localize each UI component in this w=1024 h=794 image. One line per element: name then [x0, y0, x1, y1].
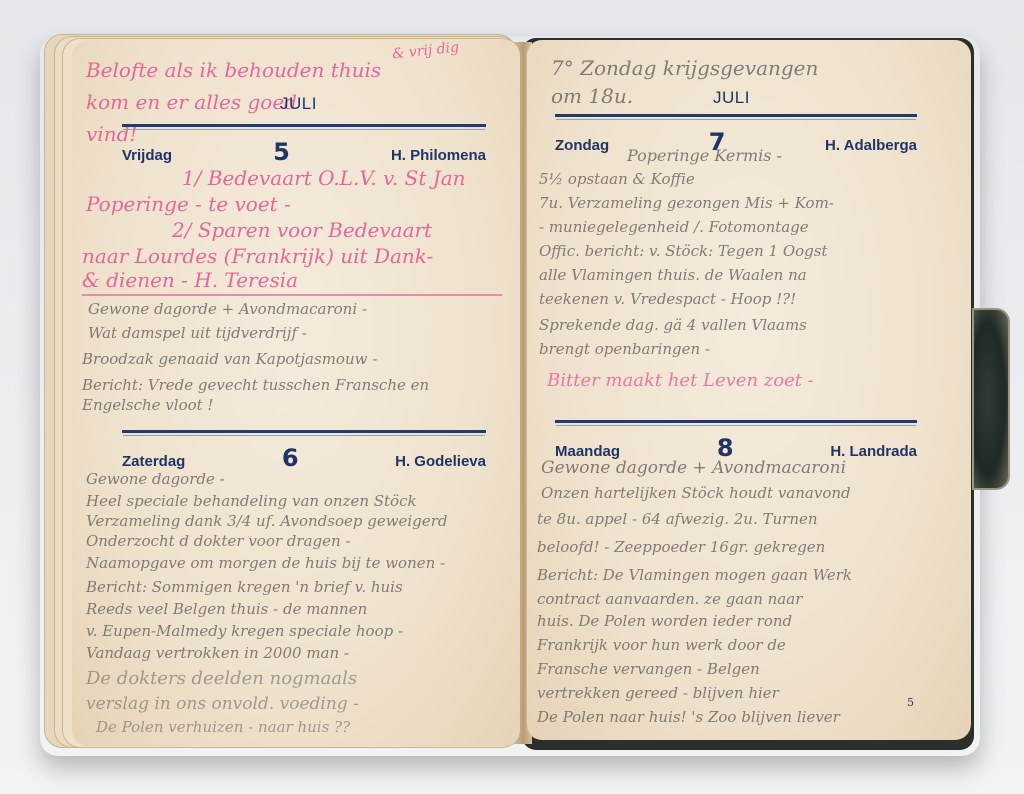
pencil-entry-line: Fransche vervangen - Belgen	[537, 662, 760, 677]
weekday-label: Zondag	[555, 137, 609, 154]
pencil-note-line: om 18u.	[551, 86, 633, 106]
weekday-label: Zaterdag	[122, 453, 185, 470]
date-number: 5	[273, 138, 290, 166]
pencil-entry-line: brengt openbaringen -	[539, 342, 710, 357]
pencil-entry-line: Naamopgave om morgen de huis bij te wone…	[86, 556, 445, 571]
pencil-entry-line: 7u. Verzameling gezongen Mis + Kom-	[539, 196, 834, 211]
pencil-entry-line: huis. De Polen worden ieder rond	[537, 614, 792, 629]
pencil-entry-line: Vandaag vertrokken in 2000 man -	[86, 646, 349, 661]
pink-entry-line: Bitter maakt het Leven zoet -	[547, 372, 814, 390]
month-heading: JULI	[280, 94, 317, 114]
pencil-entry-line: Engelsche vloot !	[82, 398, 213, 413]
header-rule	[122, 124, 486, 127]
pencil-entry-line: Heel speciale behandeling van onzen Stöc…	[86, 494, 417, 509]
pencil-note-line: 7° Zondag krijgsgevangen	[551, 58, 818, 78]
weekday-label: Vrijdag	[122, 147, 172, 164]
pencil-entry-line: Bericht: De Vlamingen mogen gaan Werk	[537, 568, 852, 583]
left-page: Belofte als ik behouden thuis & vrij dig…	[72, 40, 522, 746]
pencil-entry-line: alle Vlamingen thuis. de Waalen na	[539, 268, 807, 283]
pencil-entry-line: De dokters deelden nogmaals	[86, 670, 357, 688]
header-rule	[555, 420, 917, 423]
pencil-entry-line: Reeds veel Belgen thuis - de mannen	[86, 602, 367, 617]
pink-divider	[82, 294, 502, 296]
pencil-entry-line: Gewone dagorde + Avondmacaroni -	[88, 302, 367, 317]
header-rule	[122, 430, 486, 433]
saint-name: H. Godelieva	[395, 453, 486, 470]
pencil-entry-line: De Polen naar huis! 's Zoo blijven lieve…	[537, 710, 840, 725]
pink-entry-line: naar Lourdes (Frankrijk) uit Dank-	[82, 246, 433, 266]
pencil-entry-line: v. Eupen-Malmedy kregen speciale hoop -	[86, 624, 403, 639]
pencil-entry-line: Onderzocht d dokter voor dragen -	[86, 534, 351, 549]
pencil-entry-line: Sprekende dag. gä 4 vallen Vlaams	[539, 318, 807, 333]
pencil-entry-line: beloofd! - Zeeppoeder 16gr. gekregen	[537, 540, 825, 555]
pencil-entry-line: vertrekken gereed - blijven hier	[537, 686, 779, 701]
pencil-entry-line: verslag in ons onvold. voeding -	[86, 696, 359, 713]
day-header-friday: Vrijdag 5 H. Philomena	[122, 138, 486, 166]
day-header-saturday: Zaterdag 6 H. Godelieva	[122, 444, 486, 472]
bookmark-tab	[972, 308, 1010, 490]
pencil-entry-line: Gewone dagorde + Avondmacaroni	[541, 460, 846, 477]
pencil-entry-line: Bericht: Sommigen kregen 'n brief v. hui…	[86, 580, 403, 595]
pencil-entry-line: contract aanvaarden. ze gaan naar	[537, 592, 802, 607]
pink-note-insert: & vrij dig	[391, 41, 459, 62]
right-page: 7° Zondag krijgsgevangen om 18u. JULI Zo…	[526, 40, 971, 740]
month-heading: JULI	[713, 88, 750, 108]
date-number: 6	[282, 444, 299, 472]
pencil-entry-line: Poperinge Kermis -	[627, 148, 782, 164]
pencil-entry-line: te 8u. appel - 64 afwezig. 2u. Turnen	[537, 512, 818, 527]
page-number: 5	[907, 696, 914, 709]
header-rule	[555, 114, 917, 117]
pink-note-line: Belofte als ik behouden thuis	[86, 60, 381, 80]
pink-entry-line: 2/ Sparen voor Bedevaart	[172, 220, 432, 240]
pencil-entry-line: Offic. bericht: v. Stöck: Tegen 1 Oogst	[539, 244, 828, 259]
pencil-entry-line: - muniegelegenheid /. Fotomontage	[539, 220, 809, 235]
pink-entry-line: Poperinge - te voet -	[86, 194, 291, 214]
pencil-entry-line: teekenen v. Vredespact - Hoop !?!	[539, 292, 796, 307]
pencil-entry-line: Frankrijk voor hun werk door de	[537, 638, 786, 653]
pencil-entry-line: De Polen verhuizen - naar huis ??	[96, 720, 350, 735]
pencil-entry-line: Broodzak genaaid van Kapotjasmouw -	[82, 352, 377, 367]
pink-entry-line: 1/ Bedevaart O.L.V. v. St Jan	[182, 168, 466, 188]
pencil-entry-line: Bericht: Vrede gevecht tusschen Fransche…	[82, 378, 429, 393]
saint-name: H. Adalberga	[825, 137, 917, 154]
pencil-entry-line: Onzen hartelijken Stöck houdt vanavond	[541, 486, 851, 501]
pink-entry-line: & dienen - H. Teresia	[82, 270, 298, 290]
pencil-entry-line: 5½ opstaan & Koffie	[539, 172, 695, 187]
pencil-entry-line: Verzameling dank 3/4 uf. Avondsoep gewei…	[86, 514, 447, 529]
pink-note-line: kom en er alles goed	[86, 92, 297, 112]
pencil-entry-line: Wat damspel uit tijdverdrijf -	[88, 326, 307, 341]
pencil-entry-line: Gewone dagorde -	[86, 472, 225, 487]
saint-name: H. Philomena	[391, 147, 486, 164]
